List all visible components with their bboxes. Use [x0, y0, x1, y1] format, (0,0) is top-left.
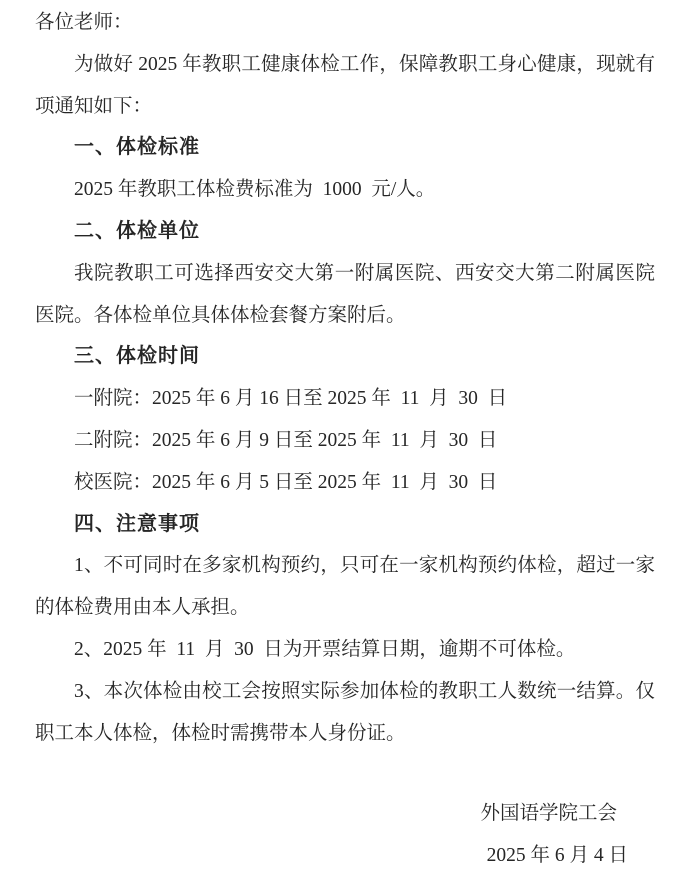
- doc-line: 医院。各体检单位具体体检套餐方案附后。: [35, 295, 655, 337]
- signature-org: 外国语学院工会: [35, 793, 655, 835]
- doc-line: 的体检费用由本人承担。: [35, 587, 655, 629]
- signature-date: 2025 年 6 月 4 日: [35, 835, 655, 877]
- signature-block: 外国语学院工会 2025 年 6 月 4 日: [35, 793, 655, 877]
- doc-line: 各位老师：: [35, 2, 655, 44]
- notice-document: 各位老师：为做好 2025 年教职工健康体检工作，保障教职工身心健康，现就有关事…: [0, 0, 690, 885]
- notice-body: 各位老师：为做好 2025 年教职工健康体检工作，保障教职工身心健康，现就有关事…: [35, 2, 655, 754]
- doc-line: 职工本人体检，体检时需携带本人身份证。: [35, 713, 655, 755]
- doc-line: 我院教职工可选择西安交大第一附属医院、西安交大第二附属医院或校: [35, 253, 655, 295]
- doc-line: 校医院：2025 年 6 月 5 日至 2025 年 11 月 30 日: [35, 462, 655, 504]
- doc-line: 3、本次体检由校工会按照实际参加体检的教职工人数统一结算。仅限教: [35, 671, 655, 713]
- doc-line: 为做好 2025 年教职工健康体检工作，保障教职工身心健康，现就有关事: [35, 44, 655, 86]
- section-heading: 四、注意事项: [35, 504, 655, 546]
- doc-line: 2025 年教职工体检费标准为 1000 元/人。: [35, 169, 655, 211]
- section-heading: 二、体检单位: [35, 211, 655, 253]
- section-heading: 三、体检时间: [35, 336, 655, 378]
- doc-line: 二附院：2025 年 6 月 9 日至 2025 年 11 月 30 日: [35, 420, 655, 462]
- doc-line: 2、2025 年 11 月 30 日为开票结算日期，逾期不可体检。: [35, 629, 655, 671]
- doc-line: 1、不可同时在多家机构预约，只可在一家机构预约体检，超过一家机构: [35, 545, 655, 587]
- doc-line: 一附院：2025 年 6 月 16 日至 2025 年 11 月 30 日: [35, 378, 655, 420]
- signature-spacer: [35, 754, 655, 793]
- section-heading: 一、体检标准: [35, 127, 655, 169]
- doc-line: 项通知如下：: [35, 86, 655, 128]
